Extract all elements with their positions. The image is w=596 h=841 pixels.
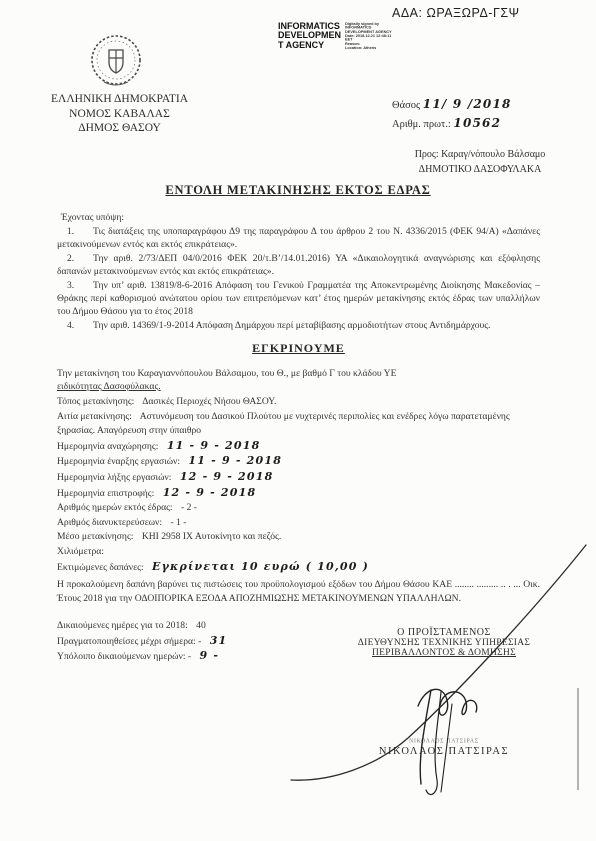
field-label: Αιτία μετακίνησης: <box>57 411 132 422</box>
recipient-line: Προς: Καραγ/νόπουλο Βάλσαμο <box>380 148 580 163</box>
scanned-document-page: ΑΔΑ: ΩΡΑΞΩΡΔ-ΓΣΨ INFORMATICS DEVELOPMEN … <box>0 0 596 841</box>
legal-basis-item: 1.Τις διατάξεις της υποπαραγράφου Δ9 της… <box>57 225 540 251</box>
field-label: Μέσο μετακίνησης: <box>57 531 133 542</box>
signature-detail-line: Location: Athens <box>345 46 411 50</box>
field-work-start-date: Ημερομηνία έναρξης εργασιών: 11 - 9 - 20… <box>57 454 540 470</box>
document-title: ΕΝΤΟΛΗ ΜΕΤΑΚΙΝΗΣΗΣ ΕΚΤΟΣ ΕΔΡΑΣ <box>0 183 596 198</box>
date-protocol-block: Θάσος 11/ 9 /2018 Αριθμ. πρωτ.: 10562 <box>392 95 512 134</box>
legal-basis-item: 4.Την αριθ. 14369/1-9-2014 Απόφαση Δημάρ… <box>57 319 540 332</box>
item-text: Την υπ’ αριθ. 13819/8-6-2016 Απόφαση του… <box>57 280 540 317</box>
approve-heading: ΕΓΚΡΙΝΟΥΜΕ <box>57 342 540 355</box>
field-value: - 2 - <box>181 502 197 513</box>
field-value: Δασικές Περιοχές Νήσου ΘΑΣΟΥ. <box>142 396 276 407</box>
approval-paragraph: Την μετακίνηση του Καραγιαννόπουλου Βάλσ… <box>57 367 540 393</box>
item-number: 2. <box>57 252 93 265</box>
republic-line: ΕΛΛΗΝΙΚΗ ΔΗΜΟΚΡΑΤΙΑ <box>22 92 217 107</box>
item-number: 1. <box>57 225 93 238</box>
field-overnights: Αριθμός διανυκτερεύσεων: - 1 - <box>57 516 540 531</box>
specialty-underlined: ειδικότητας Δασοφύλακας. <box>57 381 161 392</box>
protocol-line: Αριθμ. πρωτ.: 10562 <box>392 114 512 133</box>
signatory-department: ΠΕΡΙΒΑΛΛΟΝΤΟΣ & ΔΟΜΗΣΗΣ <box>315 648 573 658</box>
having-regard-intro: Έχοντας υπόψη: <box>61 211 540 224</box>
document-body: Έχοντας υπόψη: 1.Τις διατάξεις της υποπα… <box>57 211 540 665</box>
protocol-label: Αριθμ. πρωτ.: <box>392 119 451 130</box>
field-value-handwritten: 11 - 9 - 2018 <box>167 439 261 452</box>
field-value-handwritten: Εγκρίνεται 10 ευρώ ( 10,00 ) <box>152 560 369 573</box>
place-date-line: Θάσος 11/ 9 /2018 <box>392 95 512 114</box>
item-number: 3. <box>57 279 93 292</box>
field-value: 40 <box>196 620 206 631</box>
signatory-block: Ο ΠΡΟΪΣΤΑΜΕΝΟΣ ΔΙΕΥΘΥΝΣΗΣ ΤΕΧΝΙΚΗΣ ΥΠΗΡΕ… <box>315 627 573 757</box>
field-departure-date: Ημερομηνία αναχώρησης: 11 - 9 - 2018 <box>57 439 540 455</box>
stamp-text: ΝΙΚΟΛΑΟΣ ΠΑΤΣΙΡΑΣ <box>351 737 537 743</box>
field-value-handwritten: 12 - 9 - 2018 <box>163 486 257 499</box>
field-value-handwritten: 9 - <box>200 649 220 662</box>
field-label: Δικαιούμενες ημέρες για το 2018: <box>57 620 188 631</box>
signatory-directorate: ΔΙΕΥΘΥΝΣΗΣ ΤΕΧΝΙΚΗΣ ΥΠΗΡΕΣΙΑΣ <box>315 638 573 648</box>
field-value-handwritten: 31 <box>210 634 228 647</box>
prefecture-line: ΝΟΜΟΣ ΚΑΒΑΛΑΣ <box>22 107 217 122</box>
field-transport-means: Μέσο μετακίνησης: ΚΗΙ 2958 ΙΧ Αυτοκίνητο… <box>57 530 540 545</box>
recipient-block: Προς: Καραγ/νόπουλο Βάλσαμο ΔΗΜΟΤΙΚΟ ΔΑΣ… <box>380 148 580 177</box>
item-text: Τις διατάξεις της υποπαραγράφου Δ9 της π… <box>57 226 540 250</box>
field-value-handwritten: 12 - 9 - 2018 <box>180 470 274 483</box>
field-kilometers: Χιλιόμετρα: <box>57 545 540 560</box>
field-destination: Τόπος μετακίνησης: Δασικές Περιοχές Νήσο… <box>57 395 540 410</box>
item-number: 4. <box>57 319 93 332</box>
signature-details: Digitally signed by INFORMATICS DEVELOPM… <box>345 22 411 50</box>
field-value-handwritten: 11 - 9 - 2018 <box>188 454 282 467</box>
field-label: Τόπος μετακίνησης: <box>57 396 134 407</box>
field-label: Υπόλοιπο δικαιούμενων ημερών: - <box>57 651 191 662</box>
item-text: Την αριθ. 14369/1-9-2014 Απόφαση Δημάρχο… <box>93 320 490 331</box>
field-value: - 1 - <box>170 517 186 528</box>
movement-details: Τόπος μετακίνησης: Δασικές Περιοχές Νήσο… <box>57 395 540 575</box>
field-label: Πραγματοποιηθείσες μέχρι σήμερα: - <box>57 636 201 647</box>
date-handwritten: 11/ 9 /2018 <box>423 97 512 111</box>
budget-note: Η προκαλούμενη δαπάνη βαρύνει τις πιστώσ… <box>57 578 540 605</box>
recipient-name: Καραγ/νόπουλο Βάλσαμο <box>441 149 545 160</box>
issuer-block: ΕΛΛΗΝΙΚΗ ΔΗΜΟΚΡΑΤΙΑ ΝΟΜΟΣ ΚΑΒΑΛΑΣ ΔΗΜΟΣ … <box>22 92 217 136</box>
approval-text: Την μετακίνηση του Καραγιαννόπουλου Βάλσ… <box>57 368 396 379</box>
field-label: Αριθμός διανυκτερεύσεων: <box>57 517 162 528</box>
field-label: Ημερομηνία έναρξης εργασιών: <box>57 456 180 467</box>
field-value: ΚΗΙ 2958 ΙΧ Αυτοκίνητο και πεζός. <box>142 531 281 542</box>
field-label: Εκτιμώμενες δαπάνες: <box>57 562 144 573</box>
field-estimated-expenses: Εκτιμώμενες δαπάνες: Εγκρίνεται 10 ευρώ … <box>57 560 540 576</box>
legal-basis-item: 2.Την αριθ. 2/73/ΔΕΠ 04/0/2016 ΦΕΚ 20/τ.… <box>57 252 540 278</box>
protocol-number-handwritten: 10562 <box>453 116 501 130</box>
field-label: Αριθμός ημερών εκτός έδρας: <box>57 502 173 513</box>
field-reason: Αιτία μετακίνησης: Αστυνόμευση του Δασικ… <box>57 410 540 439</box>
digital-signature-stamp: INFORMATICS DEVELOPMEN T AGENCY Digitall… <box>278 22 465 73</box>
signatory-name: ΝΙΚΟΛΑΟΣ ΠΑΤΣΙΡΑΣ <box>315 746 573 757</box>
field-label: Χιλιόμετρα: <box>57 546 104 557</box>
field-label: Ημερομηνία αναχώρησης: <box>57 441 158 452</box>
agency-line: T AGENCY <box>278 41 341 50</box>
field-work-end-date: Ημερομηνία λήξης εργασιών: 12 - 9 - 2018 <box>57 470 540 486</box>
item-text: Την αριθ. 2/73/ΔΕΠ 04/0/2016 ΦΕΚ 20/τ.Β’… <box>57 253 540 277</box>
municipality-line: ΔΗΜΟΣ ΘΑΣΟΥ <box>22 121 217 136</box>
field-days-away: Αριθμός ημερών εκτός έδρας: - 2 - <box>57 501 540 516</box>
legal-basis-item: 3.Την υπ’ αριθ. 13819/8-6-2016 Απόφαση τ… <box>57 279 540 318</box>
agency-name: INFORMATICS DEVELOPMEN T AGENCY <box>278 22 341 73</box>
field-return-date: Ημερομηνία επιστροφής: 12 - 9 - 2018 <box>57 486 540 502</box>
field-label: Ημερομηνία λήξης εργασιών: <box>57 472 171 483</box>
recipient-title: ΔΗΜΟΤΙΚΟ ΔΑΣΟΦΥΛΑΚΑ <box>380 163 580 178</box>
recipient-label: Προς: <box>415 149 439 160</box>
signatory-role: Ο ΠΡΟΪΣΤΑΜΕΝΟΣ <box>315 627 573 638</box>
ada-code: ΑΔΑ: ΩΡΑΞΩΡΔ-ΓΣΨ <box>392 6 520 20</box>
field-label: Ημερομηνία επιστροφής: <box>57 488 154 499</box>
place-label: Θάσος <box>392 100 420 111</box>
greek-emblem-icon <box>88 32 144 97</box>
